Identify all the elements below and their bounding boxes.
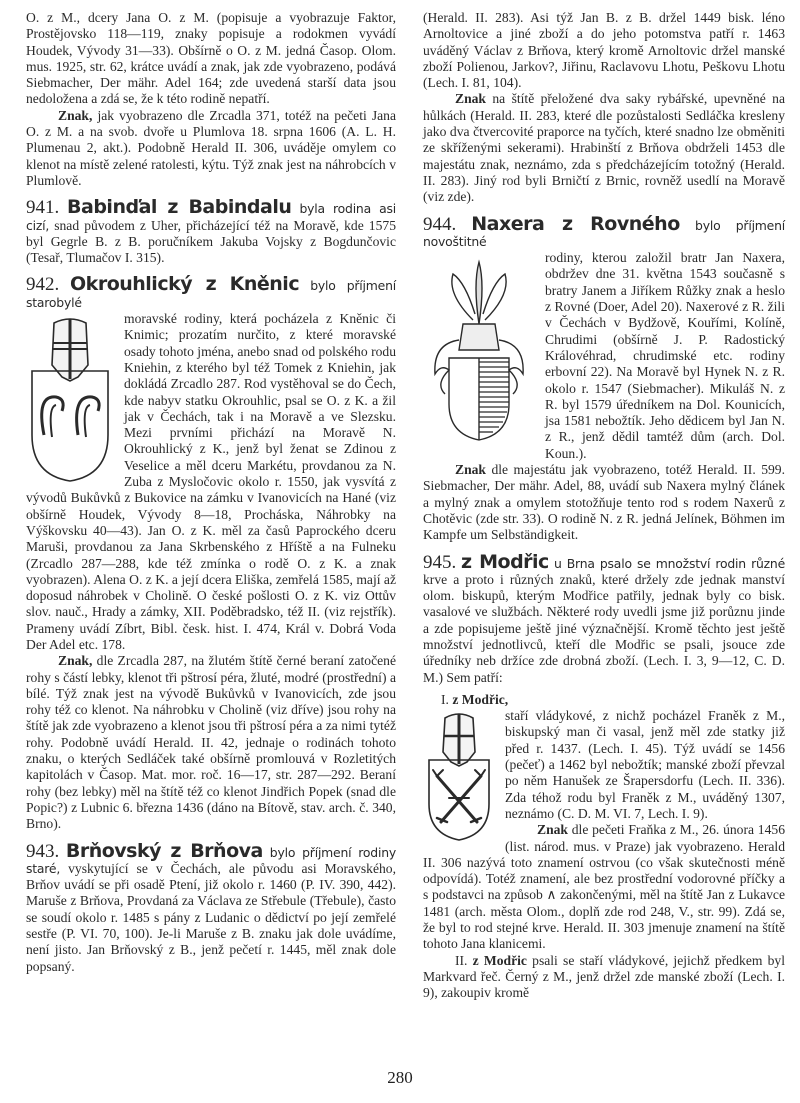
left-column: O. z M., dcery Jana O. z M. (popisuje a … <box>26 10 396 975</box>
coat-of-arms-paragraph: Znak, dle Zrcadla 287, na žlutém štítě č… <box>26 653 396 832</box>
family-name: Naxera z Rovného <box>471 213 680 235</box>
entry-941: 941. Babinďal z Babindalu byla rodina as… <box>26 199 396 266</box>
subentry-2: II. z Modřic psali se staří vládykové, j… <box>423 953 785 1002</box>
znak-keyword: Znak, <box>58 108 92 123</box>
coat-of-arms-crossed-branches-icon <box>423 712 495 846</box>
coat-of-arms-plumed-helm-icon <box>423 254 535 446</box>
coat-of-arms-paragraph: Znak na štítě přeložené dva saky rybářsk… <box>423 91 785 205</box>
entry-945: 945. z Modřic u Brna psalo se množství r… <box>423 554 785 1002</box>
entry-942: 942. Okrouhlický z Kněnic bylo příjmení … <box>26 276 396 832</box>
coat-of-arms-paragraph: Znak, jak vyobrazeno dle Zrcadla 371, to… <box>26 108 396 189</box>
page-number: 280 <box>0 1068 800 1088</box>
entry-number: 944. <box>423 214 456 235</box>
right-column: (Herald. II. 283). Asi týž Jan B. z B. d… <box>423 10 785 1002</box>
continuation-text: (Herald. II. 283). Asi týž Jan B. z B. d… <box>423 10 785 91</box>
family-name: Brňovský z Brňova <box>66 840 263 862</box>
subentry-1: I. z Modřic, <box>423 692 785 708</box>
book-page: O. z M., dcery Jana O. z M. (popisuje a … <box>0 0 800 1103</box>
family-name: z Modřic <box>461 551 549 573</box>
entry-number: 942. <box>26 274 59 295</box>
family-name: Babinďal z Babindalu <box>67 196 291 218</box>
continuation-text: O. z M., dcery Jana O. z M. (popisuje a … <box>26 10 396 108</box>
entry-943: 943. Brňovský z Brňova bylo příjmení rod… <box>26 843 396 975</box>
entry-944: 944. Naxera z Rovného bylo příjmení novo… <box>423 216 785 544</box>
family-name: Okrouhlický z Kněnic <box>70 273 299 295</box>
coat-of-arms-paragraph: Znak dle majestátu jak vyobrazeno, totéž… <box>423 462 785 543</box>
entry-number: 945. <box>423 552 456 573</box>
entry-number: 941. <box>26 197 59 218</box>
coat-of-arms-ram-horns-icon <box>26 315 114 487</box>
entry-number: 943. <box>26 841 59 862</box>
